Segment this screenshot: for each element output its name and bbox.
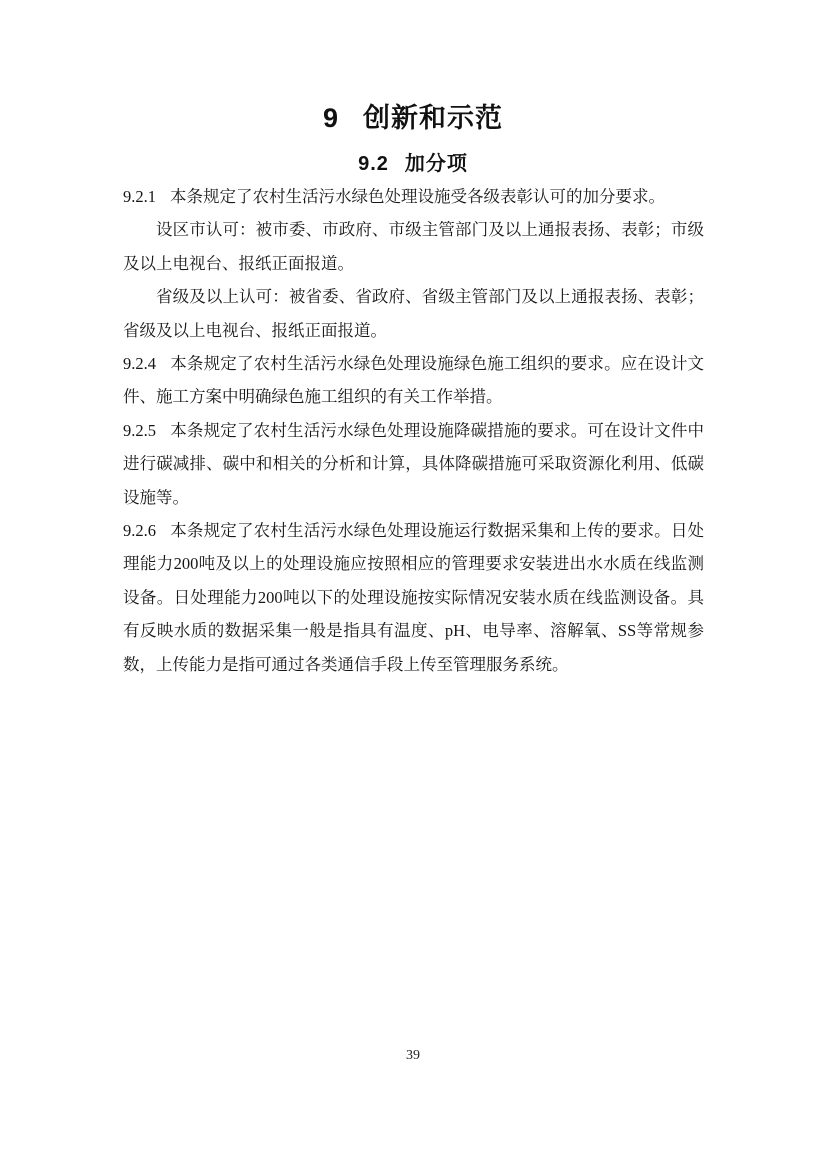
clause-text: 省级及以上认可：被省委、省政府、省级主管部门及以上通报表扬、表彰；省级及以上电视… (123, 287, 704, 339)
clause-9-2-1: 9.2.1本条规定了农村生活污水绿色处理设施受各级表彰认可的加分要求。 (123, 180, 704, 213)
section-number: 9.2 (358, 153, 389, 175)
clause-number: 9.2.5 (123, 421, 156, 440)
body-text: 9.2.1本条规定了农村生活污水绿色处理设施受各级表彰认可的加分要求。 设区市认… (123, 180, 704, 681)
clause-number: 9.2.4 (123, 354, 156, 373)
chapter-title-text: 创新和示范 (363, 103, 503, 133)
clause-9-2-6: 9.2.6本条规定了农村生活污水绿色处理设施运行数据采集和上传的要求。日处理能力… (123, 514, 704, 681)
section-title: 9.2加分项 (0, 149, 826, 179)
page-number: 39 (406, 1048, 420, 1063)
chapter-number: 9 (323, 103, 339, 133)
clause-text: 本条规定了农村生活污水绿色处理设施绿色施工组织的要求。应在设计文件、施工方案中明… (123, 354, 704, 406)
clause-text: 本条规定了农村生活污水绿色处理设施受各级表彰认可的加分要求。 (170, 187, 665, 206)
clause-text: 本条规定了农村生活污水绿色处理设施降碳措施的要求。可在设计文件中进行碳减排、碳中… (123, 421, 704, 507)
paragraph-province-recognition: 省级及以上认可：被省委、省政府、省级主管部门及以上通报表扬、表彰；省级及以上电视… (123, 280, 704, 347)
paragraph-city-recognition: 设区市认可：被市委、市政府、市级主管部门及以上通报表扬、表彰；市级及以上电视台、… (123, 213, 704, 280)
chapter-title: 9创新和示范 (0, 100, 826, 136)
clause-text: 设区市认可：被市委、市政府、市级主管部门及以上通报表扬、表彰；市级及以上电视台、… (123, 220, 704, 272)
clause-number: 9.2.1 (123, 187, 156, 206)
document-page: 9创新和示范 9.2加分项 9.2.1本条规定了农村生活污水绿色处理设施受各级表… (0, 0, 826, 1169)
clause-number: 9.2.6 (123, 521, 156, 540)
section-title-text: 加分项 (405, 153, 468, 175)
clause-9-2-4: 9.2.4本条规定了农村生活污水绿色处理设施绿色施工组织的要求。应在设计文件、施… (123, 347, 704, 414)
clause-text: 本条规定了农村生活污水绿色处理设施运行数据采集和上传的要求。日处理能力200吨及… (123, 521, 704, 674)
page-footer: 39 (0, 1046, 826, 1066)
clause-9-2-5: 9.2.5本条规定了农村生活污水绿色处理设施降碳措施的要求。可在设计文件中进行碳… (123, 414, 704, 514)
